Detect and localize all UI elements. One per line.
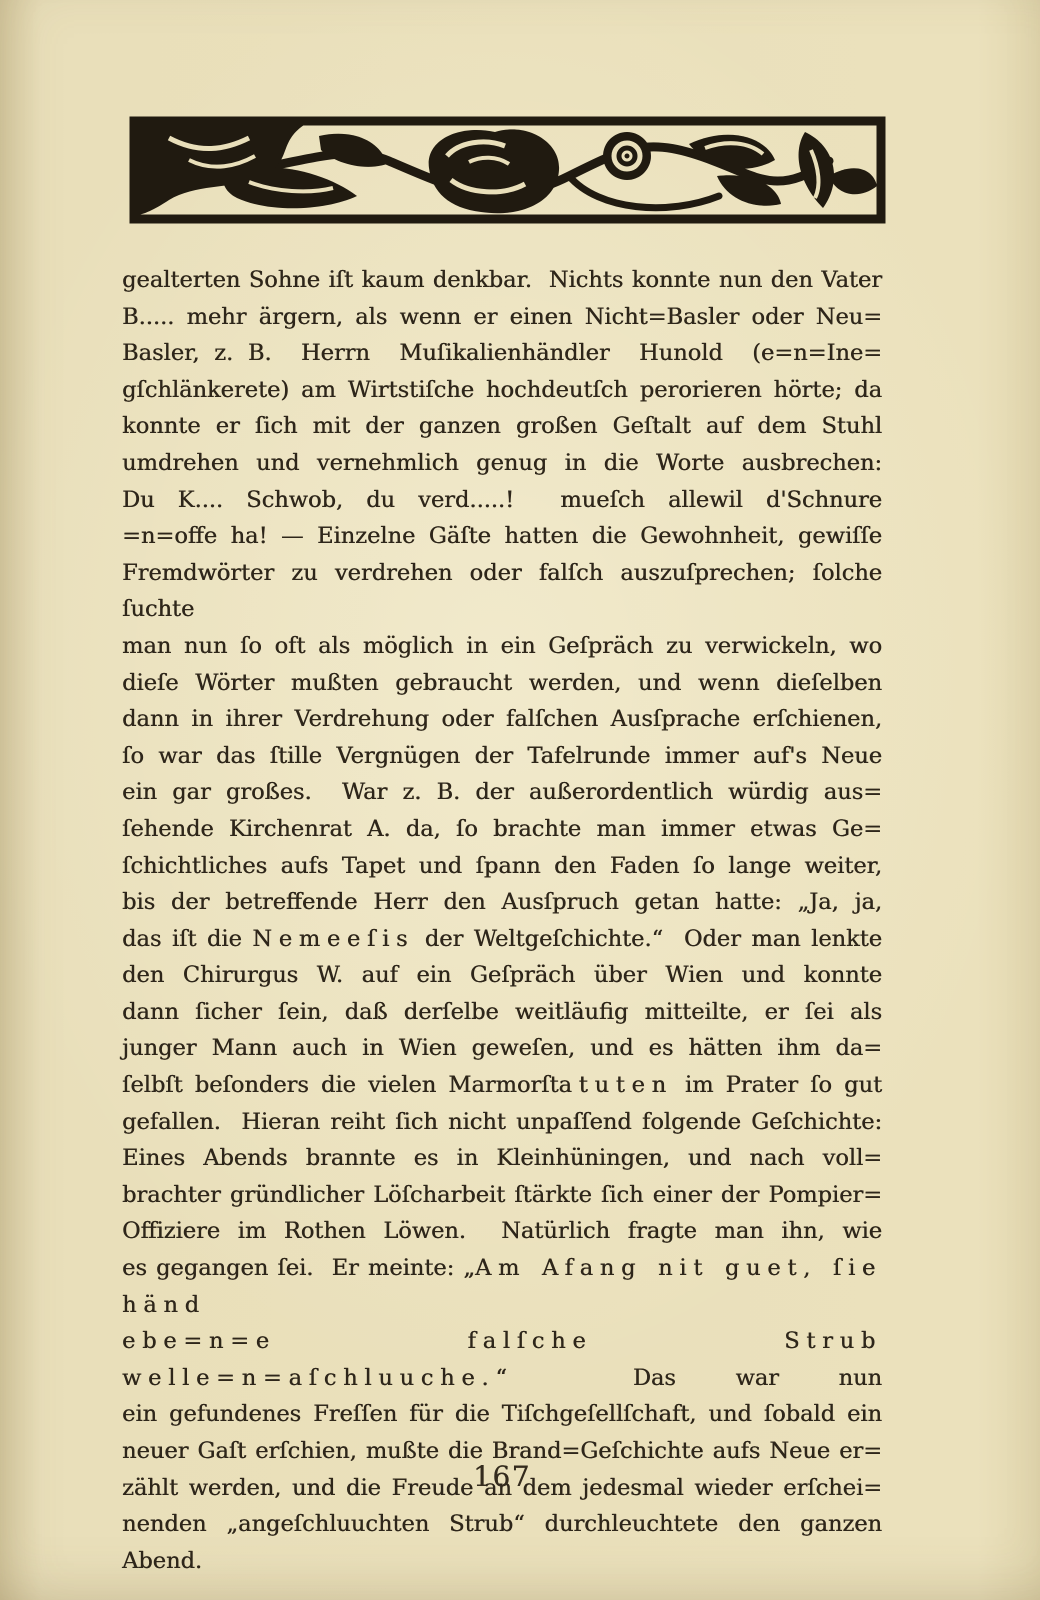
header-ornament [129, 116, 886, 224]
text-run: ſelbſt beſonders die vielen Marmorſt [122, 1072, 559, 1098]
text-line: nenden „angeſchluuchten Strub“ durchleuc… [122, 1506, 882, 1579]
book-page-scan: gealterten Sohne iſt kaum denkbar. Nicht… [0, 0, 1040, 1600]
text-run: gefallen. Hieran reiht ſich nicht unpaſſ… [122, 1109, 882, 1135]
text-line: gſchlänkerete) am Wirtstiſche hochdeutſc… [122, 372, 882, 409]
text-line: dann ſicher ſein, daß derſelbe weitläufi… [122, 994, 882, 1031]
text-line: ebe=n=e falſche Strub welle=n=aſchluuche… [122, 1323, 882, 1396]
text-run: gſchlänkerete) am Wirtstiſche hochdeutſc… [122, 377, 882, 403]
text-run: es gegangen ſei. Er meinte: „ [122, 1255, 475, 1281]
text-line: man nun ſo oft als möglich in ein Geſprä… [122, 628, 882, 665]
text-run: im Prater ſo gut [673, 1072, 882, 1098]
text-line: gefallen. Hieran reiht ſich nicht unpaſſ… [122, 1104, 882, 1141]
text-run: konnte er ſich mit der ganzen großen Geſ… [122, 413, 882, 439]
text-line: gealterten Sohne iſt kaum denkbar. Nicht… [122, 262, 882, 299]
text-line: brachter gründlicher Löſcharbeit ſtärkte… [122, 1177, 882, 1214]
page-number: 167 [122, 1460, 882, 1493]
text-run: Offiziere im Rothen Löwen. Natürlich fra… [122, 1218, 882, 1244]
text-run: ſchichtliches aufs Tapet und ſpann den F… [122, 853, 882, 879]
text-line: bis der betreffende Herr den Ausſpruch g… [122, 884, 882, 921]
text-line: ſchichtliches aufs Tapet und ſpann den F… [122, 848, 882, 885]
text-line: das iſt die Nemeeſis der Weltgeſchichte.… [122, 921, 882, 958]
text-line: =n=offe ha! — Einzelne Gäſte hatten die … [122, 518, 882, 555]
text-run: ſehende Kirchenrat A. da, ſo brachte man… [122, 816, 882, 842]
letterspaced-emphasis: atuten [559, 1072, 673, 1098]
text-run: B..... mehr ärgern, als wenn er einen Ni… [122, 304, 882, 330]
text-run: bis der betreffende Herr den Ausſpruch g… [122, 889, 882, 915]
text-run: der Weltgeſchichte.“ Oder man lenkte [414, 926, 882, 952]
text-run: nenden „angeſchluuchten Strub“ durchleuc… [122, 1511, 889, 1574]
text-line: B..... mehr ärgern, als wenn er einen Ni… [122, 299, 882, 336]
text-run: den Chirurgus W. auf ein Geſpräch über W… [122, 962, 882, 988]
text-line: Eines Abends brannte es in Kleinhüningen… [122, 1140, 882, 1177]
text-line: umdrehen und vernehmlich genug in die Wo… [122, 445, 882, 482]
text-line: es gegangen ſei. Er meinte: „Am Afang ni… [122, 1250, 882, 1323]
text-line: ſelbſt beſonders die vielen Marmorſtatut… [122, 1067, 882, 1104]
body-text: gealterten Sohne iſt kaum denkbar. Nicht… [122, 262, 882, 1579]
text-line: dann in ihrer Verdrehung oder falſchen A… [122, 701, 882, 738]
text-run: man nun ſo oft als möglich in ein Geſprä… [122, 633, 882, 659]
text-run: Das war nun [514, 1365, 882, 1391]
text-line: Du K.... Schwob, du verd.....! mueſch al… [122, 482, 882, 519]
text-line: konnte er ſich mit der ganzen großen Geſ… [122, 408, 882, 445]
text-line: den Chirurgus W. auf ein Geſpräch über W… [122, 957, 882, 994]
text-run: Du K.... Schwob, du verd.....! mueſch al… [122, 487, 882, 513]
letterspaced-emphasis: Nemeeſis [252, 926, 414, 952]
text-line: Basler, z. B. Herrn Muſikalienhändler Hu… [122, 335, 882, 372]
text-line: ſehende Kirchenrat A. da, ſo brachte man… [122, 811, 882, 848]
text-run: brachter gründlicher Löſcharbeit ſtärkte… [122, 1182, 882, 1208]
text-run: Basler, z. B. Herrn Muſikalienhändler Hu… [122, 340, 882, 366]
text-line: junger Mann auch in Wien geweſen, und es… [122, 1030, 882, 1067]
text-line: ein gar großes. War z. B. der außerorden… [122, 774, 882, 811]
text-run: dann in ihrer Verdrehung oder falſchen A… [122, 706, 882, 732]
text-line: Fremdwörter zu verdrehen oder falſch aus… [122, 555, 882, 628]
text-run: junger Mann auch in Wien geweſen, und es… [122, 1035, 882, 1061]
text-run: ein gar großes. War z. B. der außerorden… [122, 779, 882, 805]
text-run: =n=offe ha! — Einzelne Gäſte hatten die … [122, 523, 882, 549]
text-run: Eines Abends brannte es in Kleinhüningen… [122, 1145, 882, 1171]
text-line: dieſe Wörter mußten gebraucht werden, un… [122, 665, 882, 702]
text-run: das iſt die [122, 926, 252, 952]
text-run: dieſe Wörter mußten gebraucht werden, un… [122, 670, 882, 696]
text-line: ein gefundenes Freſſen für die Tiſchgeſe… [122, 1396, 882, 1433]
floral-woodcut-headpiece-icon [129, 116, 886, 224]
text-line: Offiziere im Rothen Löwen. Natürlich fra… [122, 1213, 882, 1250]
text-run: dann ſicher ſein, daß derſelbe weitläufi… [122, 999, 882, 1025]
text-run: Fremdwörter zu verdrehen oder falſch aus… [122, 560, 889, 623]
text-run: gealterten Sohne iſt kaum denkbar. Nicht… [122, 267, 882, 293]
text-line: ſo war das ſtille Vergnügen der Tafelrun… [122, 738, 882, 775]
text-run: ſo war das ſtille Vergnügen der Tafelrun… [122, 743, 882, 769]
text-run: umdrehen und vernehmlich genug in die Wo… [122, 450, 882, 476]
text-run: ein gefundenes Freſſen für die Tiſchgeſe… [122, 1401, 882, 1427]
